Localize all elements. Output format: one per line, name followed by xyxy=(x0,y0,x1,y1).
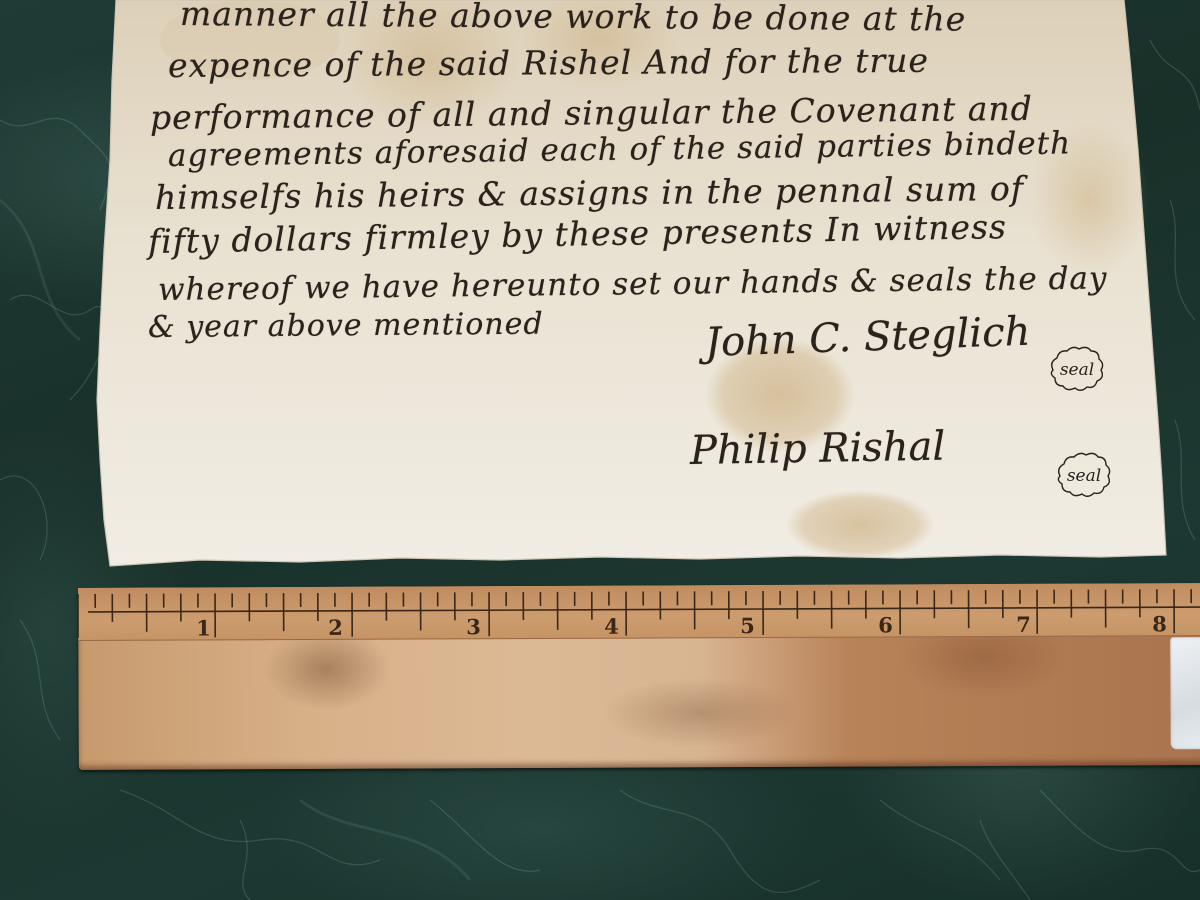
seal-label: seal xyxy=(1067,466,1101,486)
ruler-label-1: 1 xyxy=(196,615,211,640)
seal-mark-2: seal xyxy=(1050,450,1118,502)
ruler-label-7: 7 xyxy=(1016,612,1031,637)
document-line-7: & year above mentioned xyxy=(148,307,544,345)
seal-mark-1: seal xyxy=(1043,344,1111,396)
ruler-label-4: 4 xyxy=(604,614,619,639)
ruler-label-2: 2 xyxy=(328,615,343,640)
wooden-ruler: 1 2 3 4 5 6 7 8 xyxy=(78,583,1200,770)
signature-philip-rishal: Philip Rishal xyxy=(690,424,946,474)
ruler-label-sticker xyxy=(1170,637,1200,749)
ruler-ticks xyxy=(78,583,1200,648)
ruler-label-8: 8 xyxy=(1152,611,1167,636)
ruler-label-5: 5 xyxy=(740,613,755,638)
seal-label: seal xyxy=(1060,360,1094,380)
ruler-label-6: 6 xyxy=(878,612,893,637)
document-line-1: expence of the said Rishel And for the t… xyxy=(168,41,929,85)
ruler-label-3: 3 xyxy=(466,614,481,639)
document-line-0: manner all the above work to be done at … xyxy=(180,0,967,38)
